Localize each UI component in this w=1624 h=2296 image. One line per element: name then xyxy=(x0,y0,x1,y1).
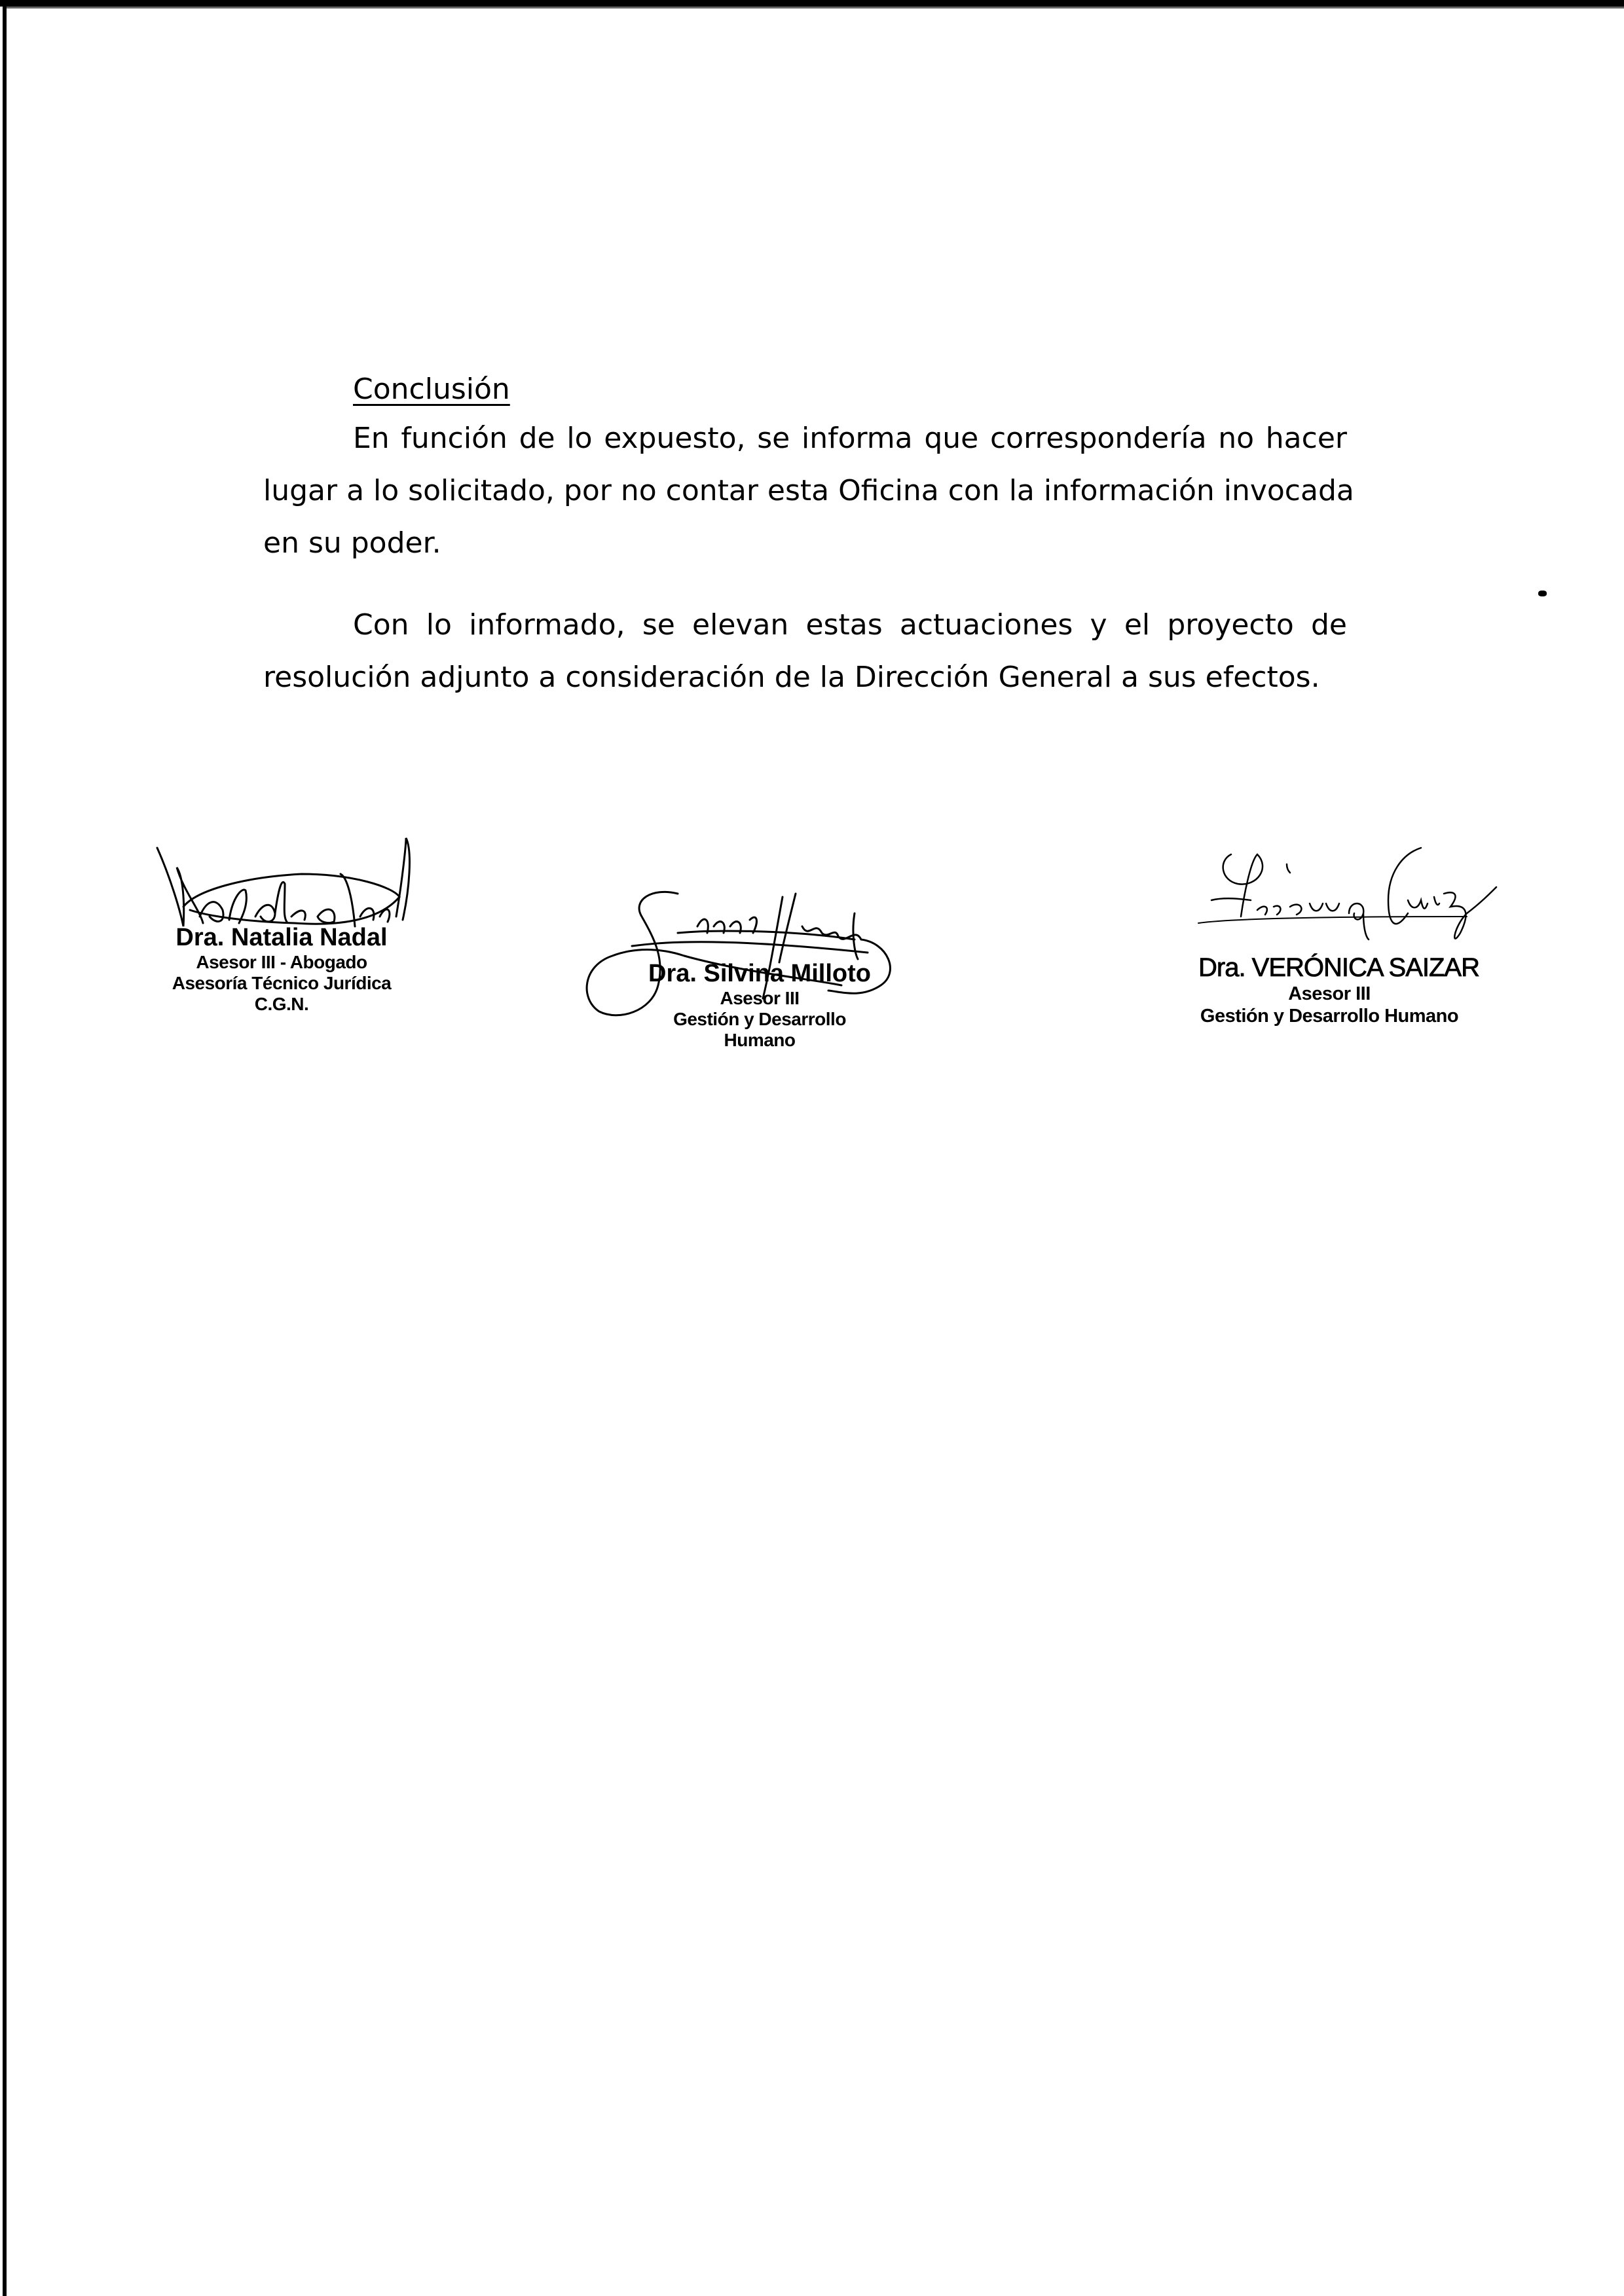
signatory-department: Gestión y Desarrollo Humano xyxy=(1172,1005,1486,1027)
handwritten-signature-icon xyxy=(580,881,920,1025)
handwritten-signature-icon xyxy=(1192,841,1500,959)
signature-block-saizar: Dra. VERÓNICA SAIZAR Asesor III Gestión … xyxy=(1172,953,1486,1027)
paragraph-elevation: Con lo informado, se elevan estas actuac… xyxy=(263,599,1347,704)
paragraph-line: Con lo informado, se elevan estas actuac… xyxy=(263,599,1347,651)
signatory-title: Asesor III xyxy=(1172,983,1486,1005)
signatory-department: Asesoría Técnico Jurídica xyxy=(151,973,413,994)
paragraph-line: resolución adjunto a consideración de la… xyxy=(263,651,1347,704)
paragraph-conclusion: En función de lo expuesto, se informa qu… xyxy=(263,412,1347,570)
signatory-title: Asesor III - Abogado xyxy=(151,952,413,973)
scan-border-top xyxy=(0,0,1624,7)
paragraph-line: En función de lo expuesto, se informa qu… xyxy=(263,412,1347,465)
scan-speck xyxy=(1538,591,1547,596)
signatory-department-cont: Humano xyxy=(638,1030,881,1051)
paragraph-line: en su poder. xyxy=(263,517,1347,570)
paragraph-line: lugar a lo solicitado, por no contar est… xyxy=(263,465,1347,517)
section-heading: Conclusión xyxy=(353,363,510,416)
scan-border-left xyxy=(3,0,7,2296)
scan-border-top-inner xyxy=(7,7,1624,9)
signature-block-milloto: Dra. Silvina Milloto Asesor III Gestión … xyxy=(638,959,881,1051)
signature-block-nadal: Dra. Natalia Nadal Asesor III - Abogado … xyxy=(151,923,413,1015)
handwritten-signature-icon xyxy=(144,812,432,943)
signatory-organization: C.G.N. xyxy=(151,994,413,1015)
